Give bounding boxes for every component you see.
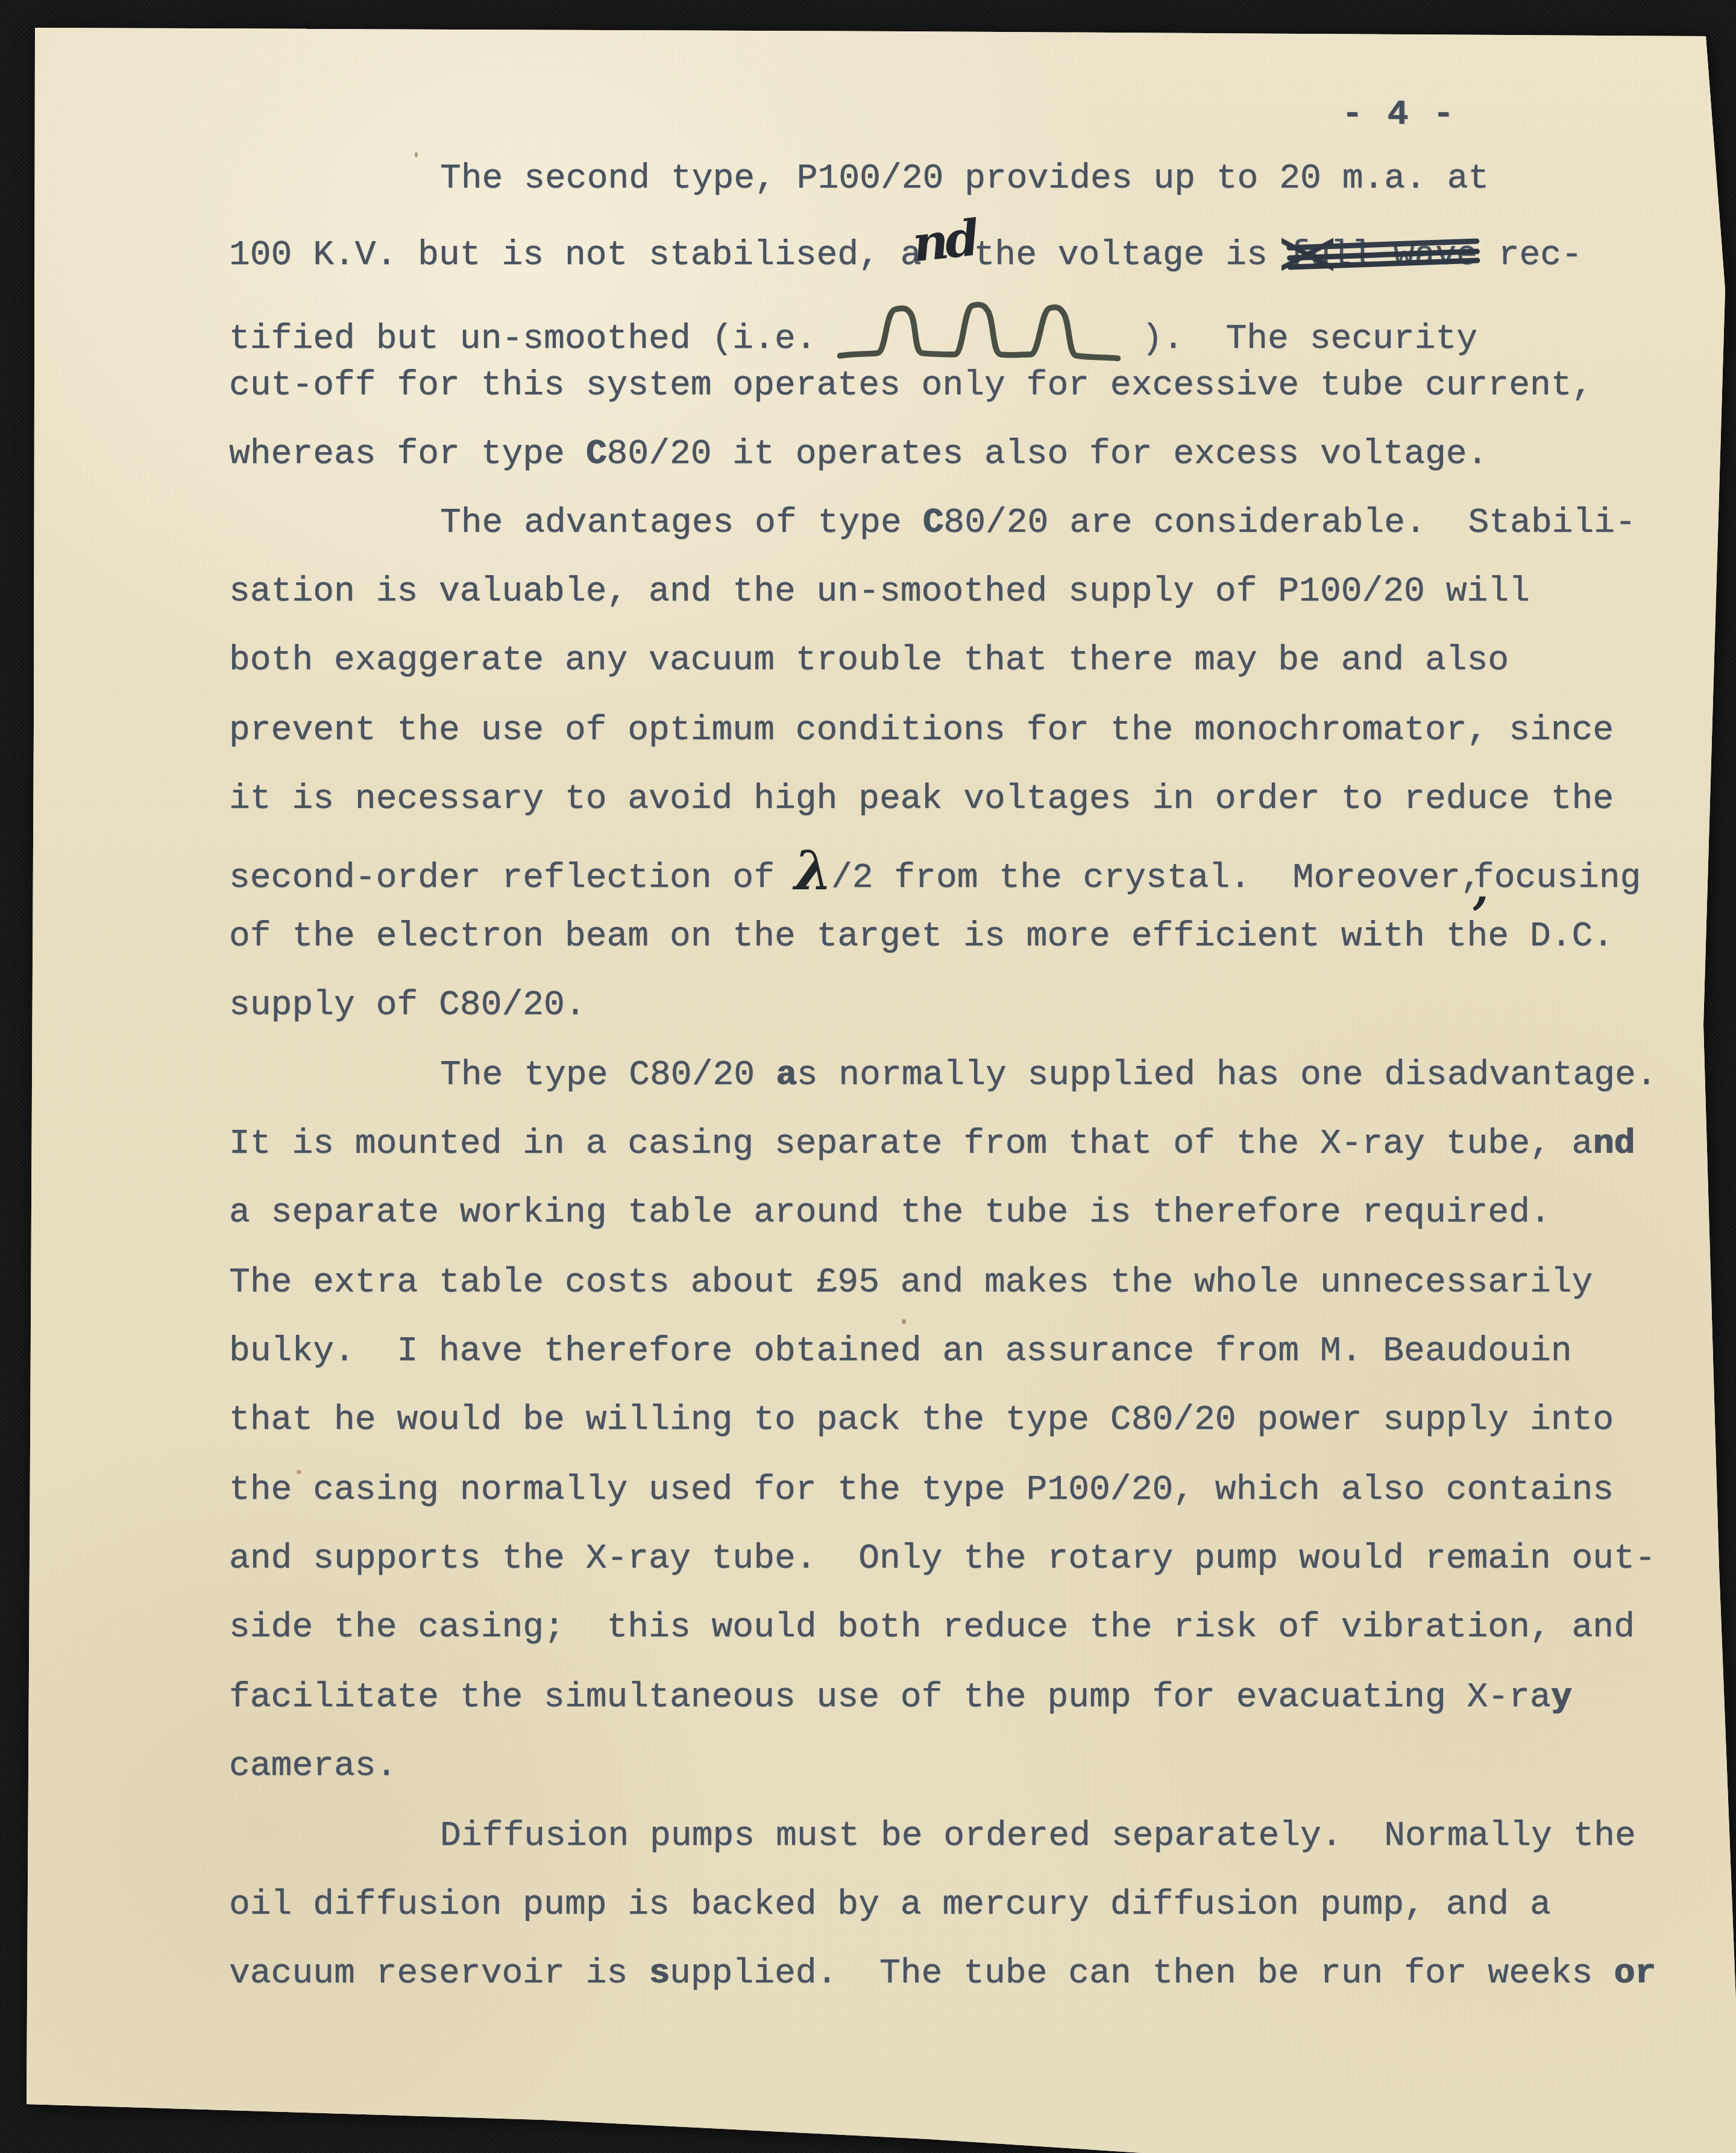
typewritten-text-segment: prevent the use of optimum conditions fo…: [229, 711, 1614, 750]
typewritten-text-segment: that he would be willing to pack the typ…: [229, 1401, 1614, 1440]
typewritten-text-segment: The extra table costs about £95 and make…: [229, 1263, 1593, 1302]
overtyped-text-segment: nd: [1593, 1124, 1635, 1164]
typewritten-line: oil diffusion pump is backed by a mercur…: [229, 1886, 1551, 1924]
typewritten-text-segment: The second type, P100/20 provides up to …: [440, 159, 1489, 198]
typewritten-line: cut-off for this system operates only fo…: [229, 367, 1593, 405]
typewritten-line: The type C80/20 as normally supplied has…: [440, 1056, 1657, 1095]
typewritten-line: 100 K.V. but is not stabilised, andthe v…: [229, 228, 1582, 275]
rectified-waveform-sketch: [837, 298, 1121, 365]
typewritten-line: that he would be willing to pack the typ…: [229, 1401, 1614, 1440]
paper-shadow-wrap: - 4 - The second type, P100/20 provides …: [0, 0, 1736, 2153]
typewritten-line: prevent the use of optimum conditions fo…: [229, 711, 1614, 750]
typewritten-line: The extra table costs about £95 and make…: [229, 1264, 1593, 1302]
typewritten-line: supply of C80/20.: [229, 986, 586, 1025]
typewritten-line: it is necessary to avoid high peak volta…: [229, 780, 1614, 819]
struck-out-text: full wave: [1289, 236, 1477, 275]
typewritten-text-segment: and supports the X-ray tube. Only the ro…: [229, 1539, 1656, 1578]
overtyped-text-segment: C: [586, 435, 607, 474]
typewritten-text-segment: side the casing; this would both reduce …: [229, 1608, 1635, 1647]
typewritten-line: sation is valuable, and the un-smoothed …: [229, 573, 1530, 611]
typewritten-line: bulky. I have therefore obtained an assu…: [229, 1332, 1572, 1371]
typewritten-line: side the casing; this would both reduce …: [229, 1609, 1635, 1647]
paper-speck: [902, 1319, 906, 1324]
typewritten-text-segment: s normally supplied has one disadvantage…: [797, 1056, 1657, 1095]
handwritten-insertion: nd: [910, 219, 977, 264]
typewritten-line: second-order reflection of λ/2 from the …: [229, 849, 1641, 898]
typewritten-text-segment: upplied. The tube can then be run for we…: [670, 1954, 1614, 1993]
typewritten-line: It is mounted in a casing separate from …: [229, 1125, 1635, 1164]
typewritten-text-segment: second-order reflection of: [229, 859, 796, 898]
typewritten-text-segment: 80/20 it operates also for excess voltag…: [607, 435, 1488, 474]
typewritten-text-segment: sation is valuable, and the un-smoothed …: [229, 572, 1530, 611]
typewritten-text-segment: 80/20 are considerable. Stabili-: [943, 503, 1636, 543]
paper-speck: [415, 152, 418, 157]
overtyped-text-segment: y: [1551, 1678, 1572, 1717]
handwritten-lambda: λ: [794, 851, 832, 890]
typewritten-text-segment: of the electron beam on the target is mo…: [229, 917, 1614, 956]
typewritten-line: and supports the X-ray tube. Only the ro…: [229, 1540, 1656, 1578]
typewritten-line: of the electron beam on the target is mo…: [229, 918, 1614, 956]
page-number: - 4 -: [1342, 95, 1456, 134]
typewritten-text-segment: facilitate the simultaneous use of the p…: [229, 1678, 1551, 1717]
typewritten-text-segment: rec-: [1477, 236, 1582, 275]
typewritten-text-segment: ). The security: [1121, 320, 1477, 359]
typewritten-line: Diffusion pumps must be ordered separate…: [440, 1817, 1636, 1856]
paper-sheet: - 4 - The second type, P100/20 provides …: [0, 0, 1736, 2153]
typewritten-text-segment: tified but un-smoothed (i.e.: [229, 320, 837, 359]
typewritten-text-segment: the voltage is: [974, 236, 1289, 275]
overtyped-text-segment: s: [649, 1954, 670, 1993]
typewritten-text-segment: It is mounted in a casing separate from …: [229, 1124, 1593, 1164]
scan-background: - 4 - The second type, P100/20 provides …: [0, 0, 1736, 2153]
paper-speck: [297, 1470, 301, 1474]
typewritten-line: both exaggerate any vacuum trouble that …: [229, 641, 1509, 680]
overtyped-text-segment: a: [776, 1056, 797, 1095]
typewritten-text-segment: oil diffusion pump is backed by a mercur…: [229, 1885, 1551, 1924]
typewritten-text-segment: focusing: [1473, 859, 1641, 898]
typewritten-text-segment: cut-off for this system operates only fo…: [229, 366, 1593, 405]
typewritten-text-segment: whereas for type: [229, 435, 586, 474]
typewritten-text-segment: 100 K.V. but is not stabilised, a: [229, 236, 922, 275]
typewritten-text-segment: Diffusion pumps must be ordered separate…: [440, 1817, 1636, 1856]
overtyped-text-segment: or: [1614, 1954, 1656, 1993]
typewritten-line: The advantages of type C80/20 are consid…: [440, 504, 1636, 543]
typewritten-line: cameras.: [229, 1747, 397, 1786]
typewritten-text-segment: it is necessary to avoid high peak volta…: [229, 780, 1614, 819]
typewritten-text-segment: cameras.: [229, 1747, 397, 1786]
typewritten-line: tified but un-smoothed (i.e. ). The secu…: [229, 298, 1477, 365]
typewritten-text-segment: both exaggerate any vacuum trouble that …: [229, 641, 1509, 680]
typewritten-text-segment: the casing normally used for the type P1…: [229, 1471, 1614, 1510]
typewritten-text-segment: supply of C80/20.: [229, 986, 586, 1025]
typewritten-text-segment: The type C80/20: [440, 1056, 776, 1095]
typewritten-text-segment: /2 from the crystal. Moreover,: [831, 859, 1482, 898]
typewritten-text-segment: a separate working table around the tube…: [229, 1193, 1551, 1232]
typewritten-line: the casing normally used for the type P1…: [229, 1471, 1614, 1510]
typewritten-line: vacuum reservoir is supplied. The tube c…: [229, 1955, 1656, 1993]
typewritten-text-segment: The advantages of type: [440, 503, 923, 543]
typewritten-text-segment: vacuum reservoir is: [229, 1954, 649, 1993]
typewritten-line: whereas for type C80/20 it operates also…: [229, 435, 1488, 474]
typewritten-line: The second type, P100/20 provides up to …: [440, 160, 1489, 198]
typewritten-line: facilitate the simultaneous use of the p…: [229, 1679, 1572, 1717]
overtyped-text-segment: C: [923, 503, 944, 543]
typewritten-line: a separate working table around the tube…: [229, 1194, 1551, 1232]
typewritten-text-segment: bulky. I have therefore obtained an assu…: [229, 1332, 1572, 1371]
